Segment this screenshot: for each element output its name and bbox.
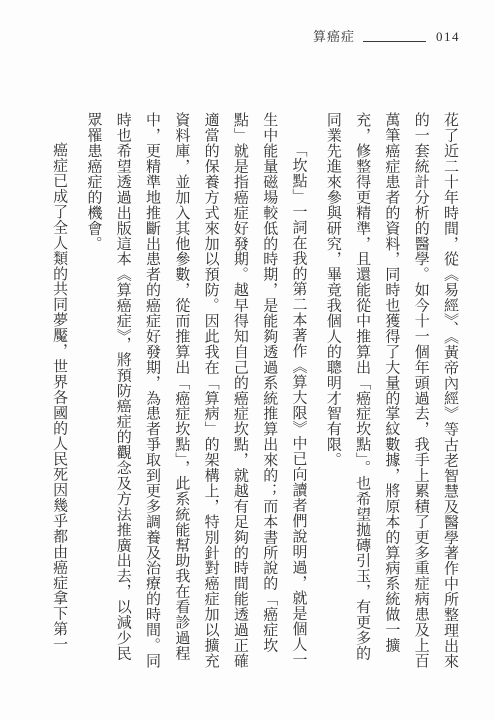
book-page: 算癌症 014 花了近二十年時間，從《易經》、《黃帝內經》等古老智慧及醫學著作中… — [0, 0, 495, 720]
body-text: 花了近二十年時間，從《易經》、《黃帝內經》等古老智慧及醫學著作中所整理出來的一套… — [44, 112, 464, 670]
page-number: 014 — [436, 30, 460, 44]
page-header: 算癌症 014 — [313, 27, 460, 44]
paragraph-2: 「坎點」一詞在我的第二本著作《算大限》中已向讀者們說明過，就是個人一生中能量磁場… — [78, 112, 312, 670]
running-title: 算癌症 — [313, 30, 355, 44]
paragraph-1: 花了近二十年時間，從《易經》、《黃帝內經》等古老智慧及醫學著作中所整理出來的一套… — [318, 112, 464, 670]
paragraph-3: 癌症已成了全人類的共同夢魘，世界各國的人民死因幾乎都由癌症拿下第一 — [44, 112, 73, 670]
header-rule — [363, 40, 426, 42]
